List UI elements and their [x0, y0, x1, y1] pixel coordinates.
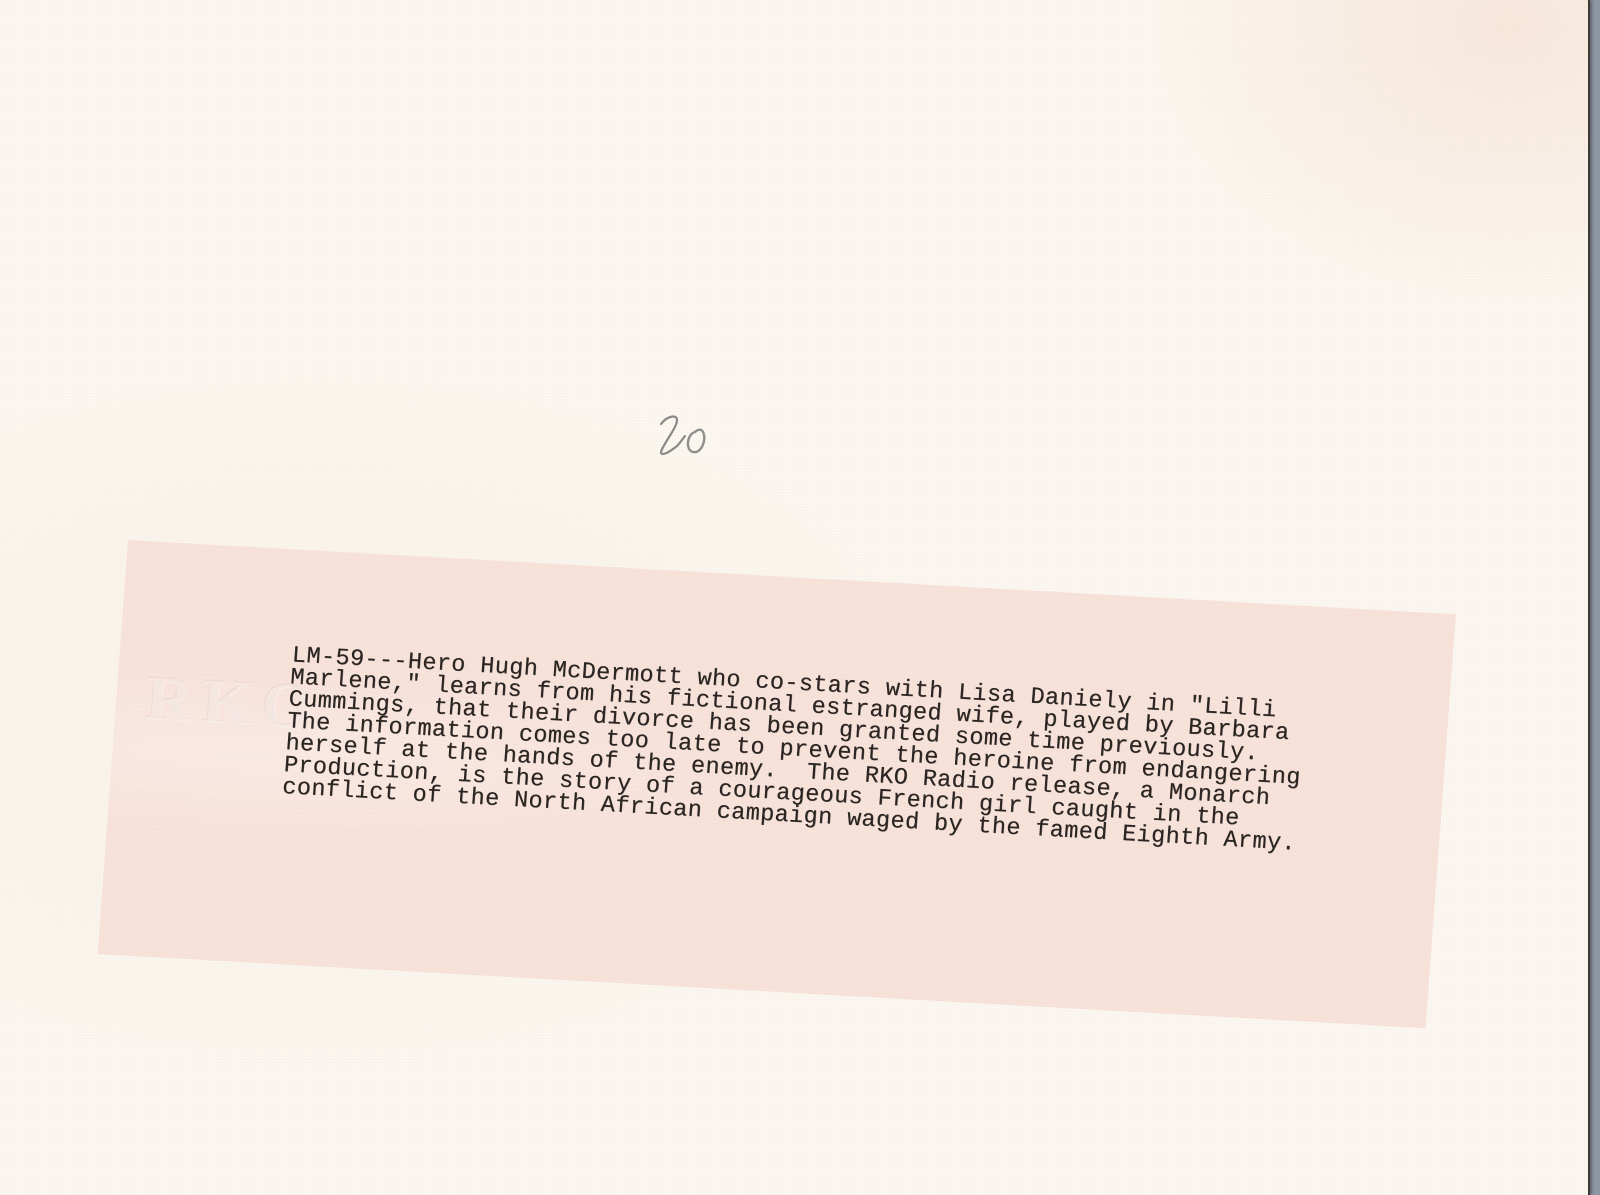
- photo-back: RKO LM-59---Hero Hugh McDermott who co-s…: [0, 0, 1588, 1195]
- caption-slip: RKO LM-59---Hero Hugh McDermott who co-s…: [98, 540, 1456, 1028]
- caption-text: LM-59---Hero Hugh McDermott who co-stars…: [281, 645, 1306, 855]
- pencil-note-20: [655, 410, 715, 460]
